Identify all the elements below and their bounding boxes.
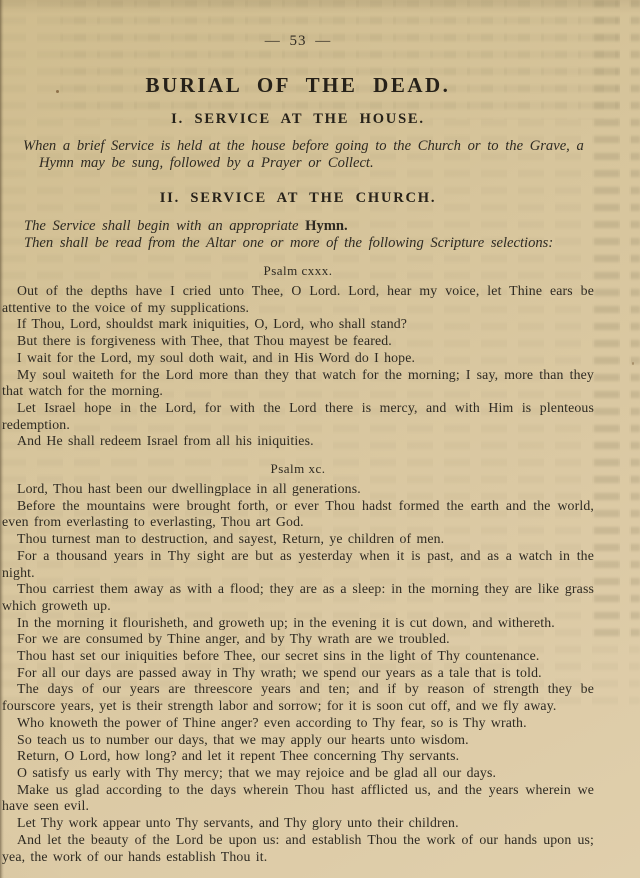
psalm-verse: So teach us to number our days, that we … <box>2 732 594 749</box>
page-title: BURIAL OF THE DEAD. <box>2 73 594 98</box>
rubric-line-scripture: Then shall be read from the Altar one or… <box>2 235 594 252</box>
psalm-verse: Return, O Lord, how long? and let it rep… <box>2 748 594 765</box>
psalm-verse: And He shall redeem Israel from all his … <box>2 433 594 450</box>
psalm-verse: The days of our years are threescore yea… <box>2 681 594 714</box>
psalm-verse: Thou hast set our iniquities before Thee… <box>2 648 594 665</box>
psalm-verse: Who knoweth the power of Thine anger? ev… <box>2 715 594 732</box>
section-heading-service-at-church: II. SERVICE AT THE CHURCH. <box>2 190 594 207</box>
psalm-verse: Before the mountains were brought forth,… <box>2 498 594 531</box>
psalm-verse: But there is forgiveness with Thee, that… <box>2 333 594 350</box>
psalm-cxxx-verses: Out of the depths have I cried unto Thee… <box>2 283 594 450</box>
rubric-service-at-house: When a brief Service is held at the hous… <box>2 138 594 172</box>
psalm-xc-heading: Psalm xc. <box>2 461 594 477</box>
page-number: — 53 — <box>2 33 594 50</box>
psalm-verse: My soul waiteth for the Lord more than t… <box>2 367 594 400</box>
psalm-cxxx-heading: Psalm cxxx. <box>2 263 594 279</box>
rubric-service-at-church: The Service shall begin with an appropri… <box>2 218 594 252</box>
psalm-verse: Thou carriest them away as with a flood;… <box>2 581 594 614</box>
psalm-verse: If Thou, Lord, shouldst mark iniquities,… <box>2 316 594 333</box>
psalm-xc-verses: Lord, Thou hast been our dwellingplace i… <box>2 481 594 865</box>
page-content: — 53 — BURIAL OF THE DEAD. I. SERVICE AT… <box>0 0 640 865</box>
psalm-verse: Make us glad according to the days where… <box>2 782 594 815</box>
psalm-verse: Thou turnest man to destruction, and say… <box>2 531 594 548</box>
psalm-verse: Lord, Thou hast been our dwellingplace i… <box>2 481 594 498</box>
psalm-verse: For a thousand years in Thy sight are bu… <box>2 548 594 581</box>
psalm-verse: Out of the depths have I cried unto Thee… <box>2 283 594 316</box>
rubric-line-hymn-text: The Service shall begin with an appropri… <box>24 218 305 234</box>
psalm-verse: Let Thy work appear unto Thy servants, a… <box>2 815 594 832</box>
psalm-verse: Let Israel hope in the Lord, for with th… <box>2 400 594 433</box>
psalm-verse: I wait for the Lord, my soul doth wait, … <box>2 350 594 367</box>
psalm-verse: In the morning it flourisheth, and growe… <box>2 615 594 632</box>
rubric-line-hymn: The Service shall begin with an appropri… <box>2 218 594 235</box>
psalm-verse: For we are consumed by Thine anger, and … <box>2 631 594 648</box>
psalm-verse: And let the beauty of the Lord be upon u… <box>2 832 594 865</box>
rubric-hymn-word: Hymn. <box>305 218 348 234</box>
psalm-verse: O satisfy us early with Thy mercy; that … <box>2 765 594 782</box>
psalm-verse: For all our days are passed away in Thy … <box>2 665 594 682</box>
section-heading-service-at-house: I. SERVICE AT THE HOUSE. <box>2 111 594 128</box>
